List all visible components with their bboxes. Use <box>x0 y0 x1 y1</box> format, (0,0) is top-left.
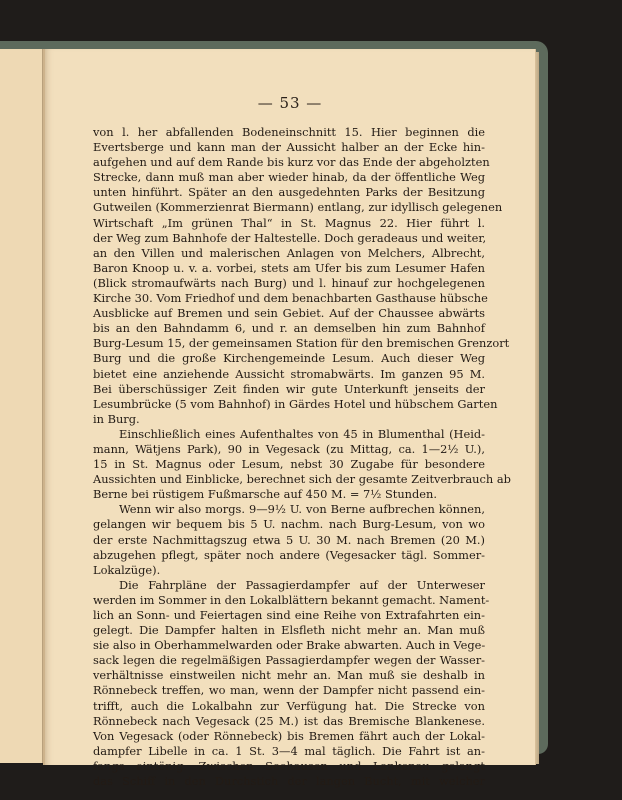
text-line: Lokalzüge). <box>93 563 485 578</box>
text-line: Evertsberge und kann man der Aussicht ha… <box>93 140 485 155</box>
text-line: Rönnebeck treffen, wo man, wenn der Damp… <box>93 683 485 698</box>
text-line: von l. her abfallenden Bodeneinschnitt 1… <box>93 125 485 140</box>
text-line: Baron Knoop u. v. a. vorbei, stets am Uf… <box>93 261 485 276</box>
text-line: Bei überschüssiger Zeit finden wir gute … <box>93 382 485 397</box>
text-line: Berne bei rüstigem Fußmarsche auf 450 M.… <box>93 487 485 502</box>
text-line: der erste Nachmittagszug etwa 5 U. 30 M.… <box>93 533 485 548</box>
text-line: Kirche 30. Vom Friedhof und dem benachba… <box>93 291 485 306</box>
text-line: fangs eintönig. Zwischen Seehausen und L… <box>93 759 485 774</box>
text-line: Die Fahrpläne der Passagierdampfer auf d… <box>93 578 485 593</box>
text-line: Rönnebeck nach Vegesack (25 M.) ist das … <box>93 714 485 729</box>
text-line: Lesumbrücke (5 vom Bahnhof) in Gärdes Ho… <box>93 397 485 412</box>
text-line: (Blick stromaufwärts nach Burg) und l. h… <box>93 276 485 291</box>
text-line: der Weg zum Bahnhofe der Haltestelle. Do… <box>93 231 485 246</box>
text-line: das Schiff in den Durchstich der langen … <box>93 774 485 789</box>
text-line: sie also in Oberhammelwarden oder Brake … <box>93 638 485 653</box>
text-line: bis an den Bahndamm 6, und r. an demselb… <box>93 321 485 336</box>
text-line: sack legen die regelmäßigen Passagierdam… <box>93 653 485 668</box>
left-page-edge <box>0 49 43 763</box>
book-page: — 53 — von l. her abfallenden Bodeneinsc… <box>43 49 536 765</box>
text-line: aufgehen und auf dem Rande bis kurz vor … <box>93 155 485 170</box>
text-line: bietet eine anziehende Aussicht stromabw… <box>93 367 485 382</box>
text-line: Wenn wir also morgs. 9—9½ U. von Berne a… <box>93 502 485 517</box>
page-number: — 53 — <box>45 94 535 112</box>
text-line: Einschließlich eines Aufenthaltes von 45… <box>93 427 485 442</box>
text-line: Ausblicke auf Bremen und sein Gebiet. Au… <box>93 306 485 321</box>
text-line: an den Villen und malerischen Anlagen vo… <box>93 246 485 261</box>
text-line: mann, Wätjens Park), 90 in Vegesack (zu … <box>93 442 485 457</box>
text-line: Burg-Lesum 15, der gemeinsamen Station f… <box>93 336 485 351</box>
text-line: Wirtschaft „Im grünen Thal“ in St. Magnu… <box>93 216 485 231</box>
text-line: abzugehen pflegt, später noch andere (Ve… <box>93 548 485 563</box>
text-line: in Burg. <box>93 412 485 427</box>
text-line: Burg und die große Kirchengemeinde Lesum… <box>93 351 485 366</box>
text-line: gelegt. Die Dampfer halten in Elsfleth n… <box>93 623 485 638</box>
text-line: werden im Sommer in den Lokalblättern be… <box>93 593 485 608</box>
text-line: lich an Sonn- und Feiertagen sind eine R… <box>93 608 485 623</box>
text-line: Gutweilen (Kommerzienrat Biermann) entla… <box>93 200 485 215</box>
text-line: gelangen wir bequem bis 5 U. nachm. nach… <box>93 517 485 532</box>
body-text: von l. her abfallenden Bodeneinschnitt 1… <box>93 125 485 789</box>
text-line: trifft, auch die Lokalbahn zur Verfügung… <box>93 699 485 714</box>
text-line: 15 in St. Magnus oder Lesum, nebst 30 Zu… <box>93 457 485 472</box>
text-line: Aussichten und Einblicke, berechnet sich… <box>93 472 485 487</box>
text-line: unten hinführt. Später an den ausgedehnt… <box>93 185 485 200</box>
text-line: verhältnisse einstweilen nicht mehr an. … <box>93 668 485 683</box>
text-line: dampfer Libelle in ca. 1 St. 3—4 mal täg… <box>93 744 485 759</box>
text-line: Von Vegesack (oder Rönnebeck) bis Bremen… <box>93 729 485 744</box>
text-line: Strecke, dann muß man aber wieder hinab,… <box>93 170 485 185</box>
